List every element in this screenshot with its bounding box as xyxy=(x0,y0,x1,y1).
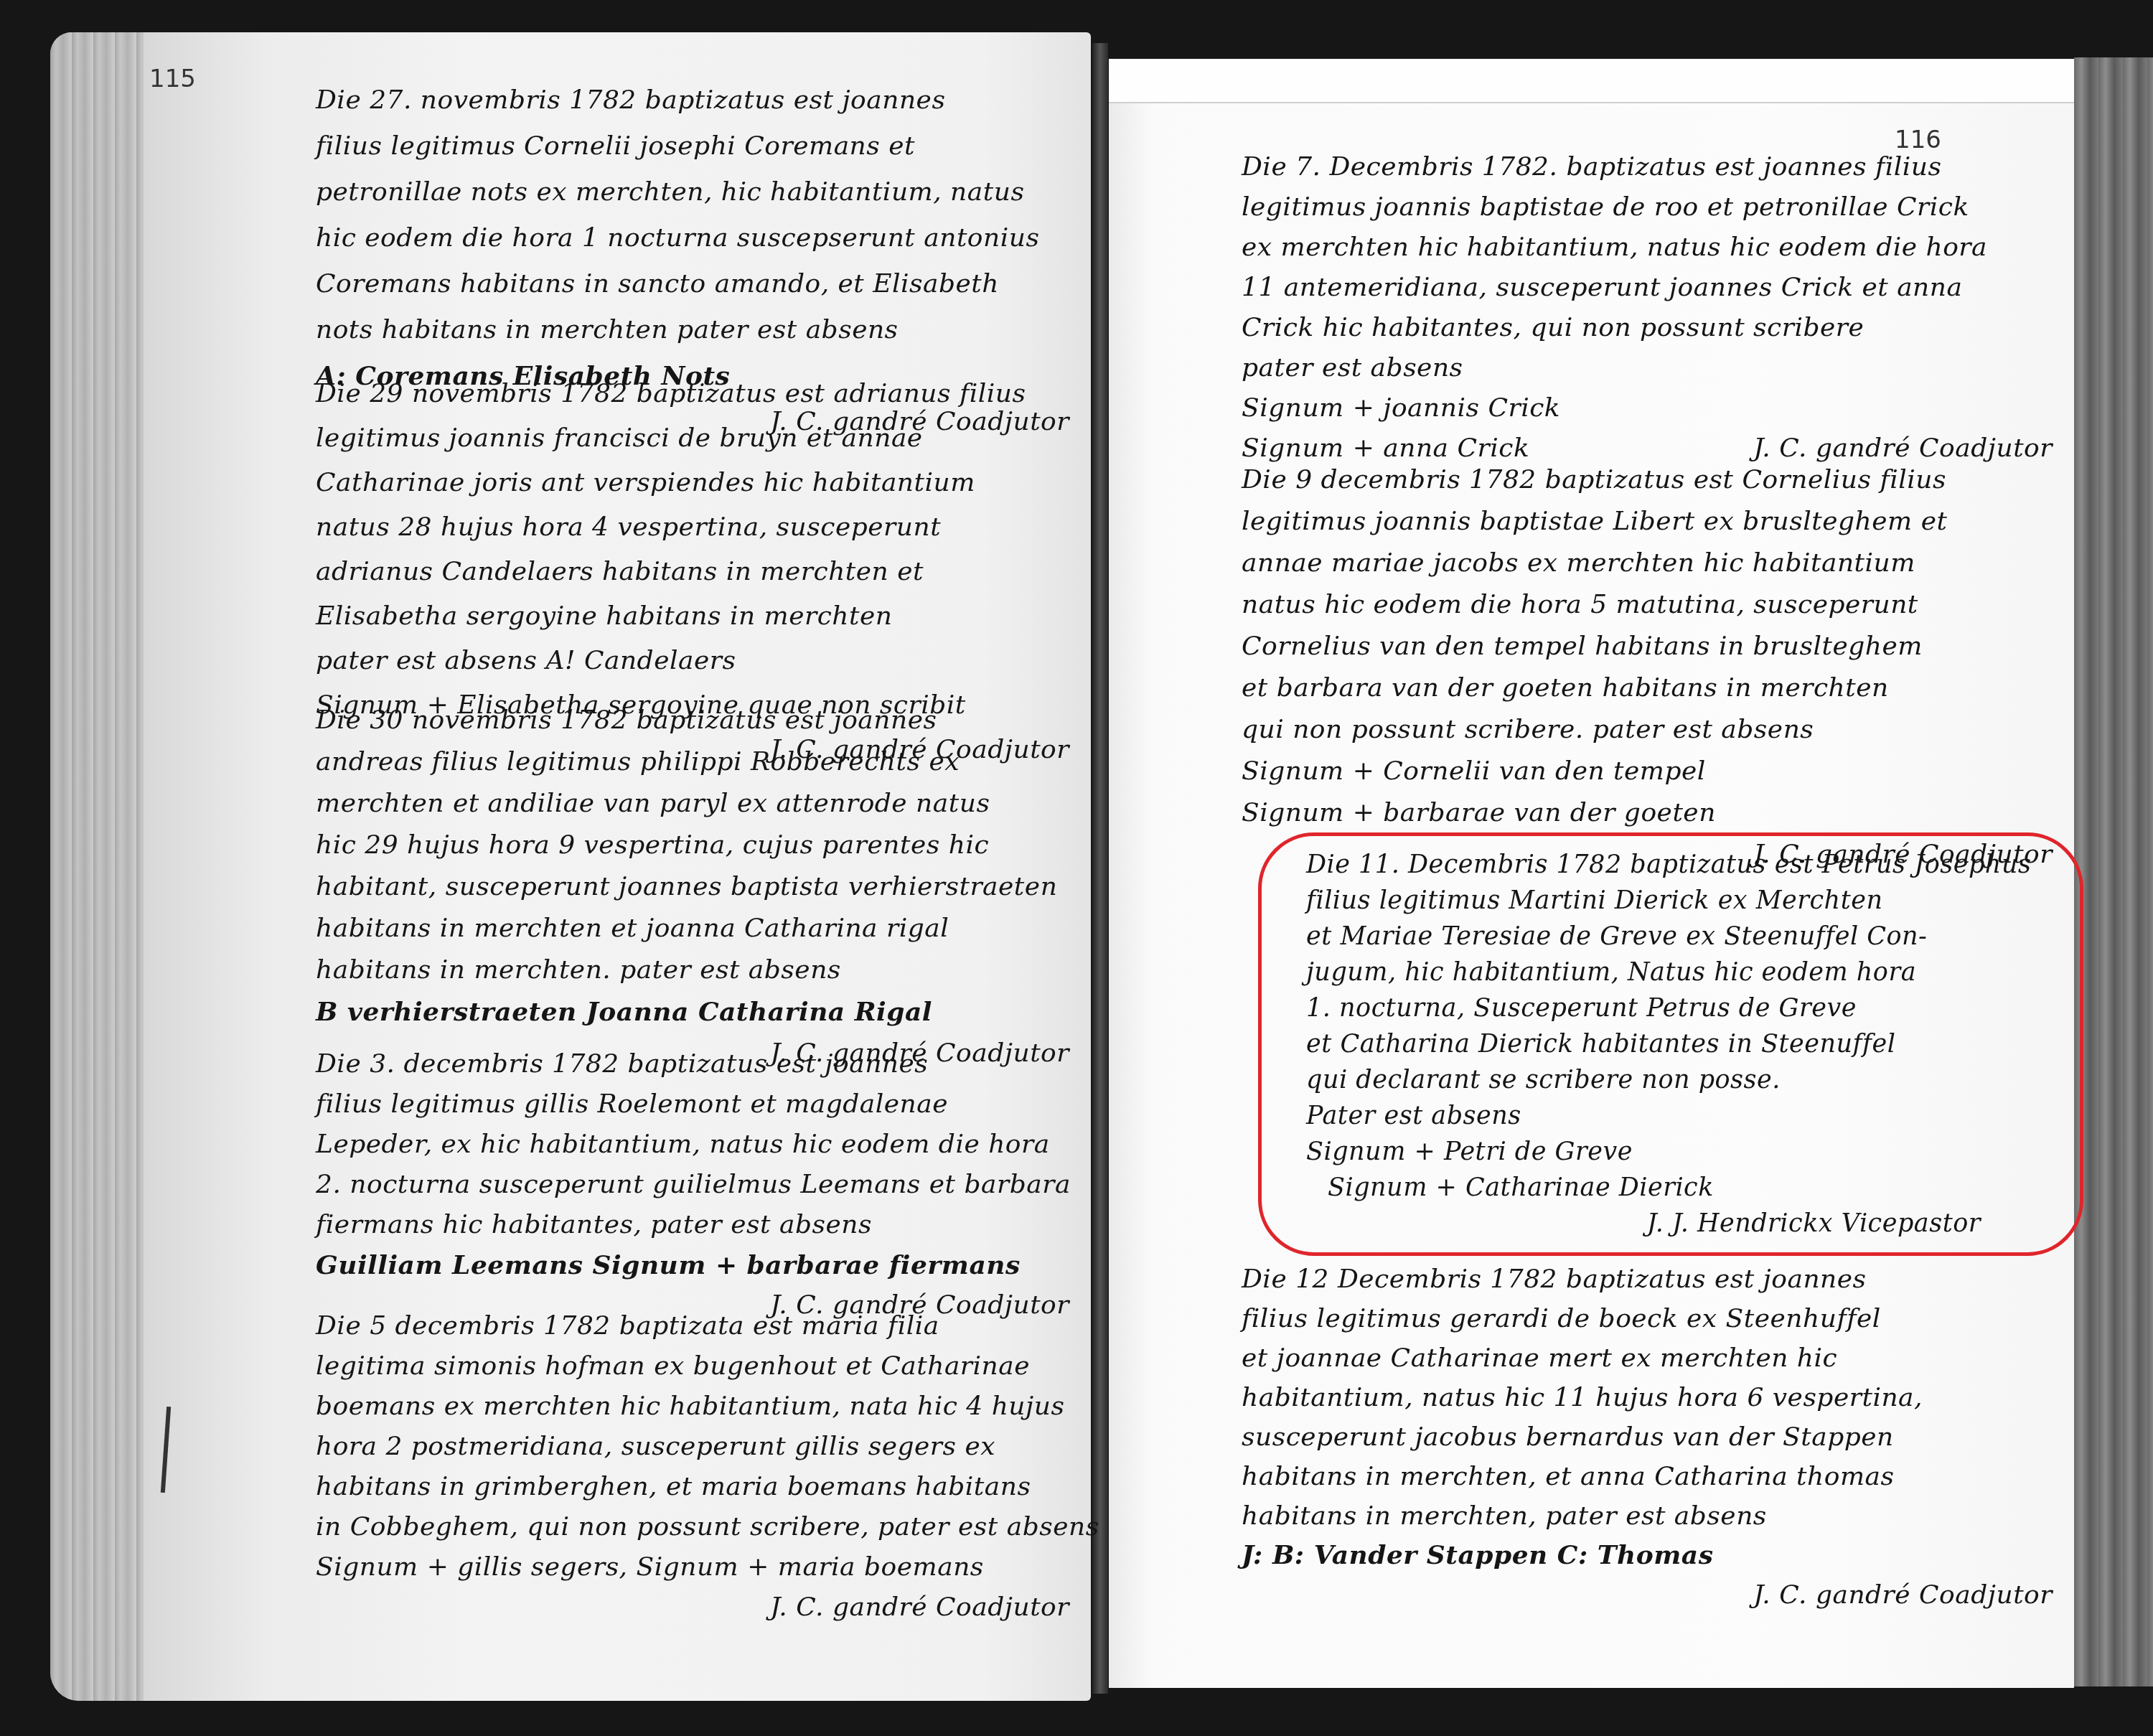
entry-line: legitima simonis hofman ex bugenhout et … xyxy=(316,1346,1076,1387)
entry-line: natus 28 hujus hora 4 vespertina, suscep… xyxy=(316,505,1076,550)
entry-line: hic eodem die hora 1 nocturna suscepseru… xyxy=(316,215,1076,261)
entry-line: legitimus joannis francisci de bruyn et … xyxy=(316,416,1076,461)
entry-line: 2. nocturna susceperunt guilielmus Leema… xyxy=(316,1165,1076,1205)
entry-line: habitans in grimberghen, et maria boeman… xyxy=(316,1467,1076,1507)
entry-left-5: Die 5 decembris 1782 baptizata est maria… xyxy=(316,1306,1076,1628)
folio-number-left: 115 xyxy=(149,65,196,93)
entry-line: filius legitimus gillis Roelemont et mag… xyxy=(316,1084,1076,1125)
entry-line: Die 12 Decembris 1782 baptizatus est joa… xyxy=(1242,1259,2060,1299)
entry-left-3: Die 30 novembris 1782 baptizatus est joa… xyxy=(316,700,1076,1074)
entry-line: in Cobbeghem, qui non possunt scribere, … xyxy=(316,1507,1076,1547)
entry-line: et Mariae Teresiae de Greve ex Steenuffe… xyxy=(1306,919,2067,954)
entry-line: susceperunt jacobus bernardus van der St… xyxy=(1242,1417,2060,1457)
entry-line: natus hic eodem die hora 5 matutina, sus… xyxy=(1242,584,2060,626)
entry-line: hic 29 hujus hora 9 vespertina, cujus pa… xyxy=(316,825,1076,866)
entry-right-1: Die 7. Decembris 1782. baptizatus est jo… xyxy=(1242,147,2060,469)
book-cover-edge xyxy=(2074,57,2153,1686)
entry-line: habitans in merchten, et anna Catharina … xyxy=(1242,1457,2060,1496)
entry-line: pater est absens A! Candelaers xyxy=(316,639,1076,683)
entry-line: qui declarant se scribere non posse. xyxy=(1306,1062,2067,1098)
entry-right-2: Die 9 decembris 1782 baptizatus est Corn… xyxy=(1242,459,2060,876)
entry-line: habitantium, natus hic 11 hujus hora 6 v… xyxy=(1242,1378,2060,1417)
entry-line: Coremans habitans in sancto amando, et E… xyxy=(316,261,1076,307)
entry-right-4: Die 12 Decembris 1782 baptizatus est joa… xyxy=(1242,1259,2060,1615)
entry-line: nots habitans in merchten pater est abse… xyxy=(316,307,1076,353)
entry-line: Die 29 novembris 1782 baptizatus est adr… xyxy=(316,372,1076,416)
entry-line: pater est absens xyxy=(1242,348,2060,388)
entry-line: hora 2 postmeridiana, susceperunt gillis… xyxy=(316,1427,1076,1467)
entry-line: filius legitimus Martini Dierick ex Merc… xyxy=(1306,883,2067,919)
entry-line: legitimus joannis baptistae de roo et pe… xyxy=(1242,187,2060,227)
entry-line: Die 9 decembris 1782 baptizatus est Corn… xyxy=(1242,459,2060,501)
entry-line: annae mariae jacobs ex merchten hic habi… xyxy=(1242,543,2060,584)
entry-line: Crick hic habitantes, qui non possunt sc… xyxy=(1242,308,2060,348)
entry-line: Signum + joannis Crick xyxy=(1242,388,2060,428)
entry-line: habitans in merchten. pater est absens xyxy=(316,949,1076,991)
entry-line: Signum + Catharinae Dierick xyxy=(1306,1170,2067,1206)
page-top-strip xyxy=(1109,59,2074,103)
entry-line: jugum, hic habitantium, Natus hic eodem … xyxy=(1306,954,2067,990)
signature-priest: J. C. gandré Coadjutor xyxy=(1242,1575,2060,1615)
entry-line: fiermans hic habitantes, pater est absen… xyxy=(316,1205,1076,1245)
entry-line: merchten et andiliae van paryl ex attenr… xyxy=(316,783,1076,825)
entry-line: Die 11. Decembris 1782 baptizatus est Pe… xyxy=(1306,847,2067,883)
entry-line: adrianus Candelaers habitans in merchten… xyxy=(316,550,1076,594)
entry-line: legitimus joannis baptistae Libert ex br… xyxy=(1242,501,2060,543)
entry-line: et barbara van der goeten habitans in me… xyxy=(1242,667,2060,709)
entry-line: Pater est absens xyxy=(1306,1098,2067,1134)
entry-line: Die 27. novembris 1782 baptizatus est jo… xyxy=(316,78,1076,123)
signature-priest: J. C. gandré Coadjutor xyxy=(316,1587,1076,1628)
entry-line: Signum + gillis segers, Signum + maria b… xyxy=(316,1547,1076,1587)
book-gutter xyxy=(1092,43,1108,1694)
entry-line: filius legitimus Cornelii josephi Corema… xyxy=(316,123,1076,169)
entry-line: et Catharina Dierick habitantes in Steen… xyxy=(1306,1026,2067,1062)
entry-line: Die 3. decembris 1782 baptizatus est joa… xyxy=(316,1044,1076,1084)
entry-line: Signum + Cornelii van den tempel xyxy=(1242,751,2060,792)
entry-line: Signum + barbarae van der goeten xyxy=(1242,792,2060,834)
entry-left-4: Die 3. decembris 1782 baptizatus est joa… xyxy=(316,1044,1076,1326)
entry-line: boemans ex merchten hic habitantium, nat… xyxy=(316,1387,1076,1427)
entry-line: 11 antemeridiana, susceperunt joannes Cr… xyxy=(1242,268,2060,308)
entry-line: Die 7. Decembris 1782. baptizatus est jo… xyxy=(1242,147,2060,187)
entry-line: Signum + Petri de Greve xyxy=(1306,1134,2067,1170)
entry-line: J: B: Vander Stappen C: Thomas xyxy=(1242,1536,2060,1575)
entry-line: et joannae Catharinae mert ex merchten h… xyxy=(1242,1338,2060,1378)
entry-line: habitans in merchten, pater est absens xyxy=(1242,1496,2060,1536)
entry-line: Die 5 decembris 1782 baptizata est maria… xyxy=(316,1306,1076,1346)
signature-priest: J. J. Hendrickx Vicepastor xyxy=(1306,1206,2067,1242)
signature-witnesses: B verhierstraeten Joanna Catharina Rigal xyxy=(316,991,1076,1033)
entry-right-3-highlighted: Die 11. Decembris 1782 baptizatus est Pe… xyxy=(1306,847,2067,1242)
entry-line: habitant, susceperunt joannes baptista v… xyxy=(316,866,1076,908)
entry-line: petronillae nots ex merchten, hic habita… xyxy=(316,169,1076,215)
entry-line: Cornelius van den tempel habitans in bru… xyxy=(1242,626,2060,667)
signature-witnesses: Guilliam Leemans Signum + barbarae fierm… xyxy=(316,1245,1076,1285)
entry-line: Elisabetha sergoyine habitans in merchte… xyxy=(316,594,1076,639)
entry-line: Die 30 novembris 1782 baptizatus est joa… xyxy=(316,700,1076,741)
entry-line: qui non possunt scribere. pater est abse… xyxy=(1242,709,2060,751)
entry-line: filius legitimus gerardi de boeck ex Ste… xyxy=(1242,1299,2060,1338)
entry-line: Lepeder, ex hic habitantium, natus hic e… xyxy=(316,1125,1076,1165)
entry-line: andreas filius legitimus philippi Robber… xyxy=(316,741,1076,783)
entry-line: Catharinae joris ant verspiendes hic hab… xyxy=(316,461,1076,505)
entry-line: habitans in merchten et joanna Catharina… xyxy=(316,908,1076,949)
entry-line: 1. nocturna, Susceperunt Petrus de Greve xyxy=(1306,990,2067,1026)
entry-line: ex merchten hic habitantium, natus hic e… xyxy=(1242,227,2060,268)
page-edge-texture xyxy=(50,32,144,1701)
